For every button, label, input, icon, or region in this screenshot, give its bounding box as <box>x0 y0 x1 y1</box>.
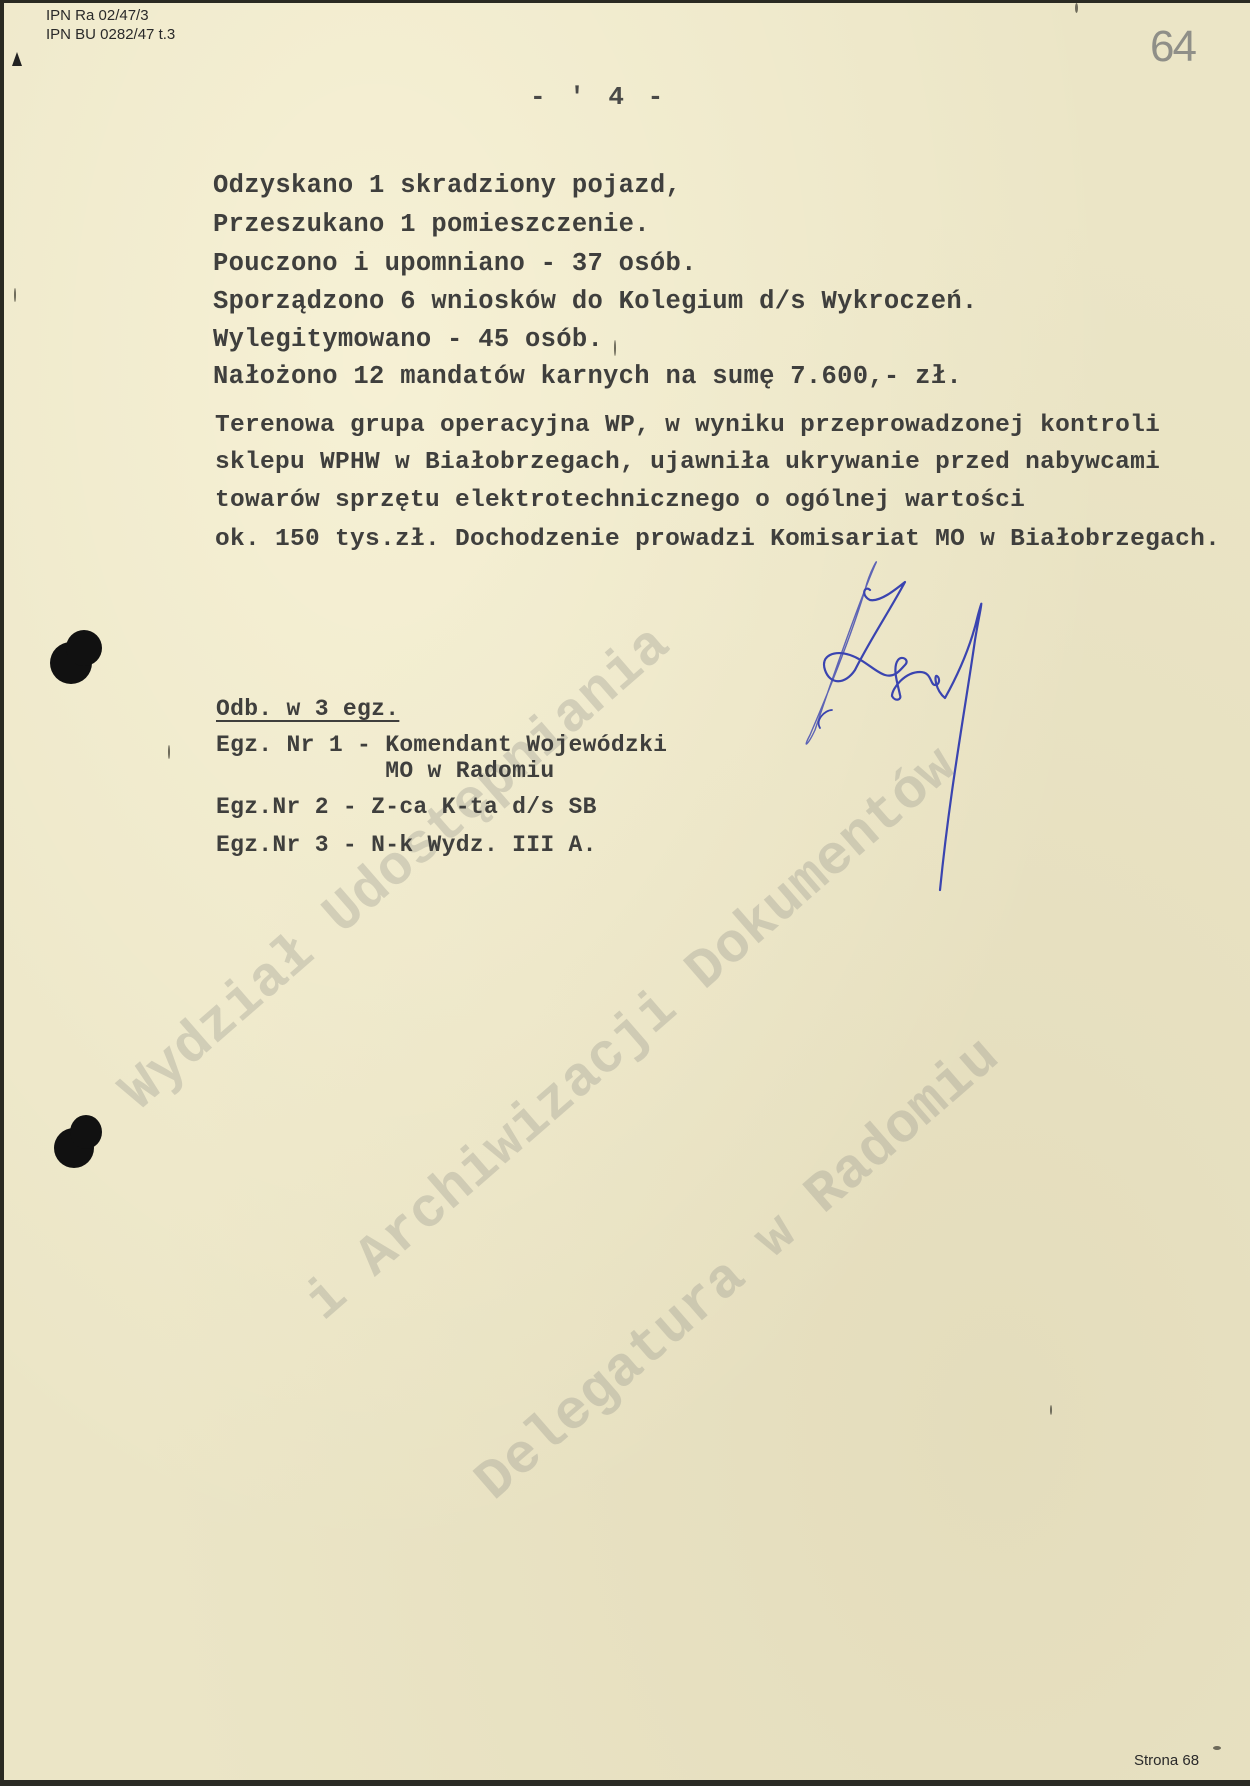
punch-hole <box>70 1115 102 1149</box>
distribution-line: MO w Radomiu <box>216 760 554 783</box>
scan-border-left <box>0 0 4 1786</box>
paper-speck <box>14 288 16 302</box>
archive-reference: IPN Ra 02/47/3 <box>46 8 149 23</box>
paragraph-line: sklepu WPHW w Białobrzegach, ujawniła uk… <box>215 451 1160 476</box>
paper-speck <box>168 745 170 759</box>
page-number: - ' 4 - <box>530 82 667 112</box>
margin-mark-icon <box>12 52 22 66</box>
distribution-heading: Odb. w 3 egz. <box>216 698 399 721</box>
stat-line: Sporządzono 6 wniosków do Kolegium d/s W… <box>213 289 978 315</box>
distribution-line: Egz. Nr 1 - Komendant Wojewódzki <box>216 734 667 757</box>
stat-line: Pouczono i upomniano - 37 osób. <box>213 251 697 277</box>
paragraph-line: Terenowa grupa operacyjna WP, w wyniku p… <box>215 414 1160 439</box>
paper-speck <box>614 340 616 356</box>
archive-reference: IPN BU 0282/47 t.3 <box>46 27 175 42</box>
paper-speck <box>1075 3 1078 13</box>
stat-line: Odzyskano 1 skradziony pojazd, <box>213 173 681 199</box>
distribution-line: Egz.Nr 3 - N-k Wydz. III A. <box>216 834 597 857</box>
paragraph-line: towarów sprzętu elektrotechnicznego o og… <box>215 489 1025 514</box>
handwritten-signature <box>780 560 1040 900</box>
scan-border-bottom <box>0 1780 1250 1786</box>
paragraph-line: ok. 150 tys.zł. Dochodzenie prowadzi Kom… <box>215 528 1220 553</box>
page-label: Strona 68 <box>1134 1752 1199 1769</box>
stat-line: Przeszukano 1 pomieszczenie. <box>213 212 650 238</box>
punch-hole <box>66 630 102 666</box>
paper-speck <box>1213 1746 1221 1750</box>
scan-border-top <box>0 0 1250 3</box>
stat-line: Wylegitymowano - 45 osób. <box>213 327 603 353</box>
distribution-line: Egz.Nr 2 - Z-ca K-ta d/s SB <box>216 796 597 819</box>
scanned-document-page: Wydział Udostępniania i Archiwizacji Dok… <box>0 0 1250 1786</box>
stat-line: Nałożono 12 mandatów karnych na sumę 7.6… <box>213 364 962 390</box>
folio-number: 64 <box>1150 22 1195 72</box>
paper-speck <box>1050 1405 1052 1415</box>
